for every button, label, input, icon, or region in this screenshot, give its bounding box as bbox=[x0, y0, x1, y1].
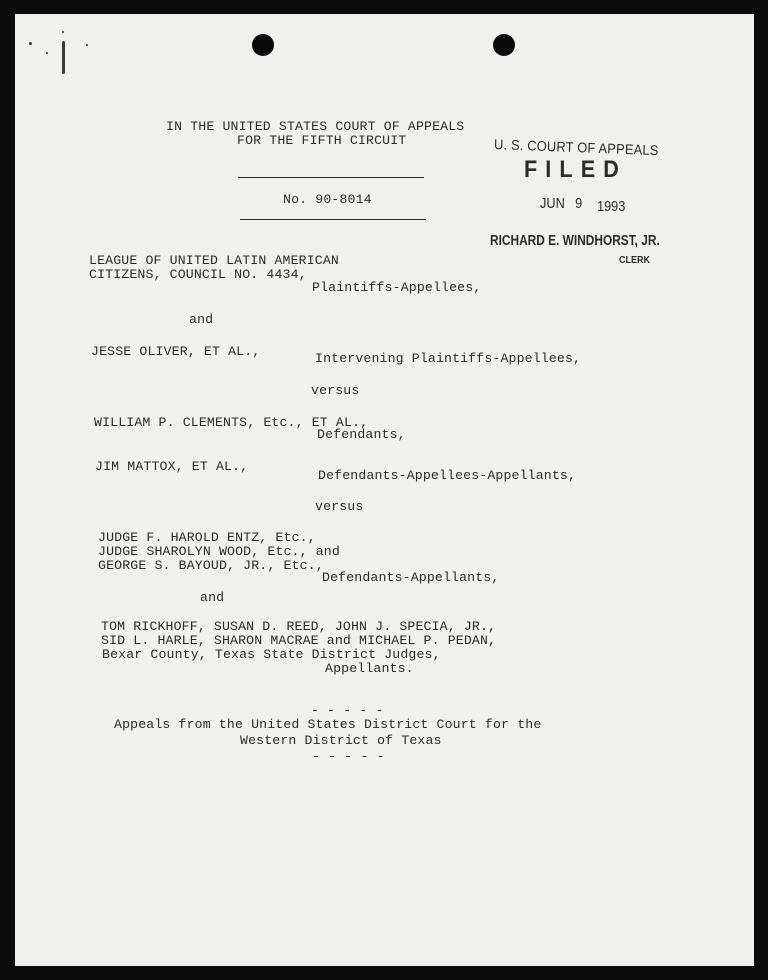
defendant2: JIM MATTOX, ET AL., bbox=[95, 459, 248, 474]
plaintiff1-line1: LEAGUE OF UNITED LATIN AMERICAN bbox=[89, 253, 339, 268]
appeal-line1: Appeals from the United States District … bbox=[114, 717, 541, 732]
plaintiff1-line2: CITIZENS, COUNCIL NO. 4434, bbox=[89, 267, 307, 282]
punch-hole-right bbox=[493, 34, 515, 56]
versus-1: versus bbox=[311, 383, 359, 398]
defendant3-line2: JUDGE SHAROLYN WOOD, Etc., and bbox=[98, 544, 340, 559]
scan-speck bbox=[86, 44, 88, 46]
appellants-line3: Bexar County, Texas State District Judge… bbox=[102, 647, 441, 662]
stamp-clerk-name: RICHARD E. WINDHORST, JR. bbox=[490, 233, 660, 249]
rule-below-case-number bbox=[240, 219, 426, 220]
separator-bottom: - - - - - bbox=[312, 749, 385, 764]
plaintiff2: JESSE OLIVER, ET AL., bbox=[91, 344, 260, 359]
rule-above-case-number bbox=[238, 177, 424, 178]
separator-top: - - - - - bbox=[311, 703, 384, 718]
punch-hole-left bbox=[252, 34, 274, 56]
stamp-date-month-day: JUN 9 bbox=[540, 195, 582, 212]
stamp-filed: FILED bbox=[524, 156, 627, 184]
and-1: and bbox=[189, 312, 213, 327]
defendant2-role: Defendants-Appellees-Appellants, bbox=[318, 468, 576, 483]
appellants-role: Appellants. bbox=[325, 661, 414, 676]
appellants-line1: TOM RICKHOFF, SUSAN D. REED, JOHN J. SPE… bbox=[101, 619, 496, 634]
and-2: and bbox=[200, 590, 224, 605]
versus-2: versus bbox=[315, 499, 363, 514]
stamp-clerk-title: CLERK bbox=[619, 255, 650, 266]
plaintiff2-role: Intervening Plaintiffs-Appellees, bbox=[315, 351, 581, 366]
scan-speck bbox=[29, 42, 32, 45]
document-page: IN THE UNITED STATES COURT OF APPEALS FO… bbox=[15, 14, 754, 966]
defendant3-line1: JUDGE F. HAROLD ENTZ, Etc., bbox=[98, 530, 316, 545]
scan-speck bbox=[62, 31, 64, 33]
scan-mark bbox=[62, 41, 65, 74]
plaintiff1-role: Plaintiffs-Appellees, bbox=[312, 280, 481, 295]
court-header-line1: IN THE UNITED STATES COURT OF APPEALS bbox=[166, 119, 464, 134]
stamp-date-year: 1993 bbox=[597, 198, 625, 215]
appellants-line2: SID L. HARLE, SHARON MACRAE and MICHAEL … bbox=[101, 633, 496, 648]
defendant3-line3: GEORGE S. BAYOUD, JR., Etc., bbox=[98, 558, 324, 573]
scan-speck bbox=[46, 52, 48, 54]
defendant1-role: Defendants, bbox=[317, 427, 406, 442]
defendant3-role: Defendants-Appellants, bbox=[322, 570, 499, 585]
case-number: No. 90-8014 bbox=[283, 192, 372, 207]
stamp-court-name: U. S. COURT OF APPEALS bbox=[494, 136, 659, 158]
court-header-line2: FOR THE FIFTH CIRCUIT bbox=[237, 133, 406, 148]
appeal-line2: Western District of Texas bbox=[240, 733, 442, 748]
